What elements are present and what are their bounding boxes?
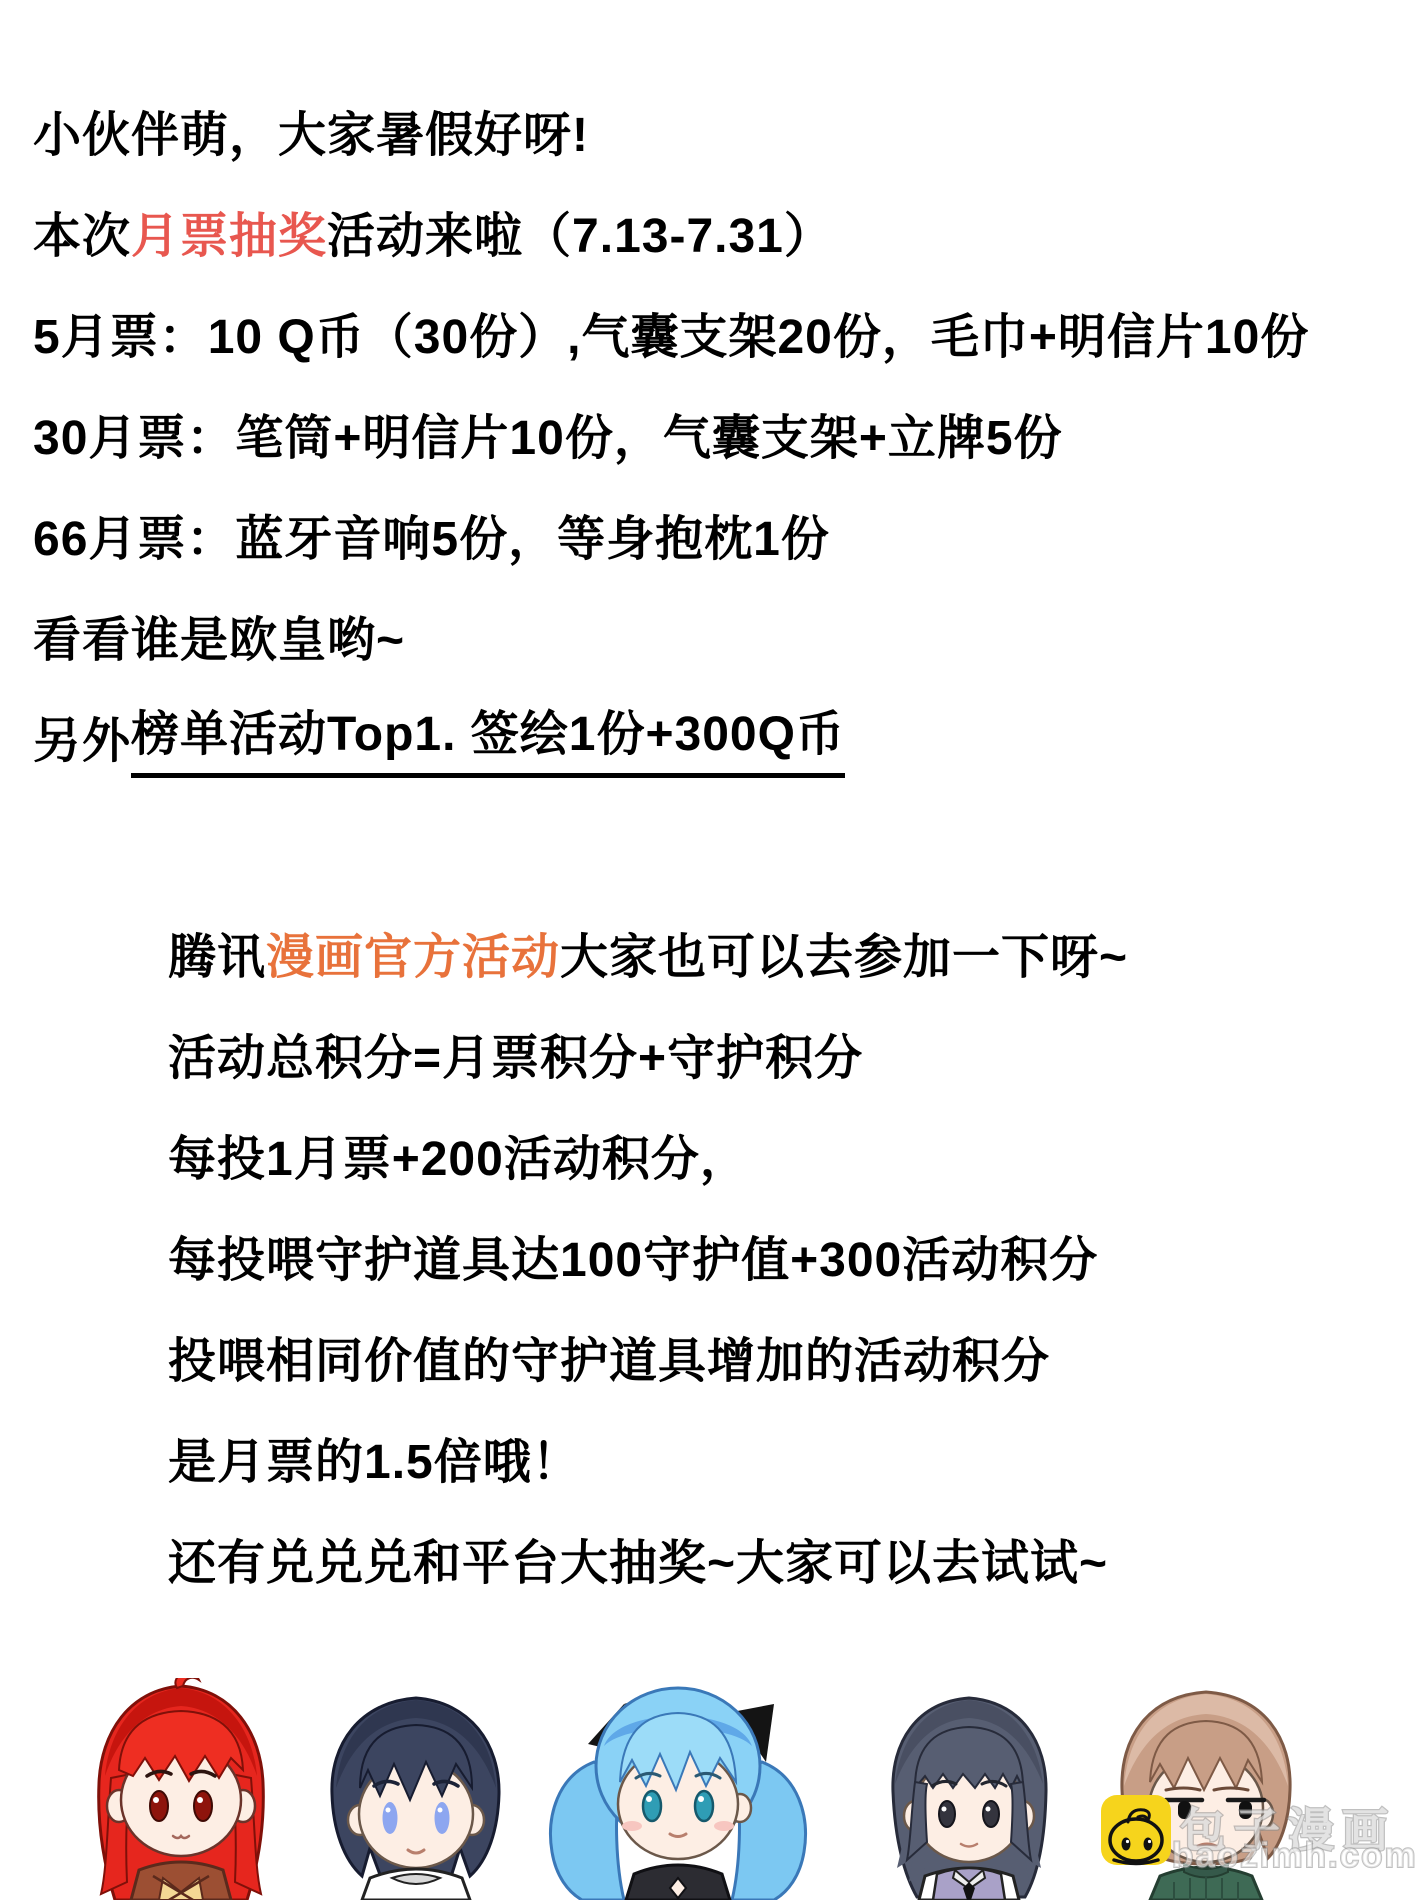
tier66-prizes-line: 66月票：蓝牙音响5份，等身抱枕1份 — [33, 484, 1309, 585]
lottery-announcement-block: 小伙伴萌，大家暑假好呀! 本次月票抽奖活动来啦（7.13-7.31） 5月票：1… — [33, 80, 1309, 787]
extra-lottery-line: 还有兑兑兑和平台大抽奖~大家可以去试试~ — [168, 1508, 1128, 1609]
tier30-prizes-line: 30月票：笔筒+明信片10份，气囊支架+立牌5份 — [33, 383, 1309, 484]
comic-announcement-page: 小伙伴萌，大家暑假好呀! 本次月票抽奖活动来啦（7.13-7.31） 5月票：1… — [0, 0, 1417, 1900]
points-formula-line: 活动总积分=月票积分+守护积分 — [168, 1003, 1128, 1104]
intro-pre-text: 腾讯 — [168, 918, 266, 987]
top1-underlined-text: 榜单活动Top1. 签绘1份+300Q币 — [131, 695, 845, 778]
greeting-line: 小伙伴萌，大家暑假好呀! — [33, 80, 1309, 181]
red-hair-girl-illustration — [80, 1678, 282, 1900]
platform-activity-block: 腾讯漫画官方活动大家也可以去参加一下呀~ 活动总积分=月票积分+守护积分 每投1… — [168, 902, 1128, 1609]
event-post-text: 活动来啦（7.13-7.31） — [327, 197, 833, 266]
top1-reward-line: 另外榜单活动Top1. 签绘1份+300Q币 — [33, 686, 1309, 787]
luck-text: 看看谁是欧皇哟~ — [33, 601, 405, 670]
bonus-line-2: 是月票的1.5倍哦！ — [168, 1407, 1128, 1508]
ticket-points-text: 每投1月票+200活动积分， — [168, 1120, 749, 1189]
event-highlight-text: 月票抽奖 — [131, 197, 327, 266]
greeting-text: 小伙伴萌，大家暑假好呀! — [33, 96, 589, 165]
character-avatar-gray-hair-girl — [866, 1692, 1072, 1900]
tier66-text: 66月票：蓝牙音响5份，等身抱枕1份 — [33, 500, 830, 569]
character-avatar-navy-hair-boy — [298, 1692, 533, 1900]
extra-text: 还有兑兑兑和平台大抽奖~大家可以去试试~ — [168, 1524, 1108, 1593]
bonus-text-2: 是月票的1.5倍哦！ — [168, 1423, 581, 1492]
guard-points-text: 每投喂守护道具达100守护值+300活动积分 — [168, 1221, 1098, 1290]
watermark-site-url: baozimh.com — [1172, 1836, 1417, 1876]
navy-hair-boy-illustration — [298, 1692, 533, 1900]
cyan-twintail-girl-illustration — [526, 1666, 828, 1900]
character-avatar-red-hair-girl — [80, 1678, 282, 1900]
character-avatar-cyan-twintail-girl — [526, 1666, 828, 1900]
ticket-points-line: 每投1月票+200活动积分， — [168, 1104, 1128, 1205]
guard-points-line: 每投喂守护道具达100守护值+300活动积分 — [168, 1205, 1128, 1306]
bonus-text-1: 投喂相同价值的守护道具增加的活动积分 — [168, 1322, 1050, 1391]
luck-line: 看看谁是欧皇哟~ — [33, 585, 1309, 686]
intro-post-text: 大家也可以去参加一下呀~ — [560, 918, 1128, 987]
gray-hair-girl-illustration — [866, 1692, 1072, 1900]
formula-text: 活动总积分=月票积分+守护积分 — [168, 1019, 863, 1088]
baozi-bun-icon — [1100, 1794, 1172, 1866]
event-date-line: 本次月票抽奖活动来啦（7.13-7.31） — [33, 181, 1309, 282]
bonus-line-1: 投喂相同价值的守护道具增加的活动积分 — [168, 1306, 1128, 1407]
tier5-prizes-line: 5月票：10 Q币（30份）,气囊支架20份，毛巾+明信片10份 — [33, 282, 1309, 383]
tier30-text: 30月票：笔筒+明信片10份，气囊支架+立牌5份 — [33, 399, 1063, 468]
platform-intro-line: 腾讯漫画官方活动大家也可以去参加一下呀~ — [168, 902, 1128, 1003]
tier5-text: 5月票：10 Q币（30份）,气囊支架20份，毛巾+明信片10份 — [33, 298, 1309, 367]
event-pre-text: 本次 — [33, 197, 131, 266]
top1-pre-text: 另外 — [33, 702, 131, 771]
intro-highlight-text: 漫画官方活动 — [266, 918, 560, 987]
baozi-bun-icon-graphic — [1100, 1794, 1172, 1866]
